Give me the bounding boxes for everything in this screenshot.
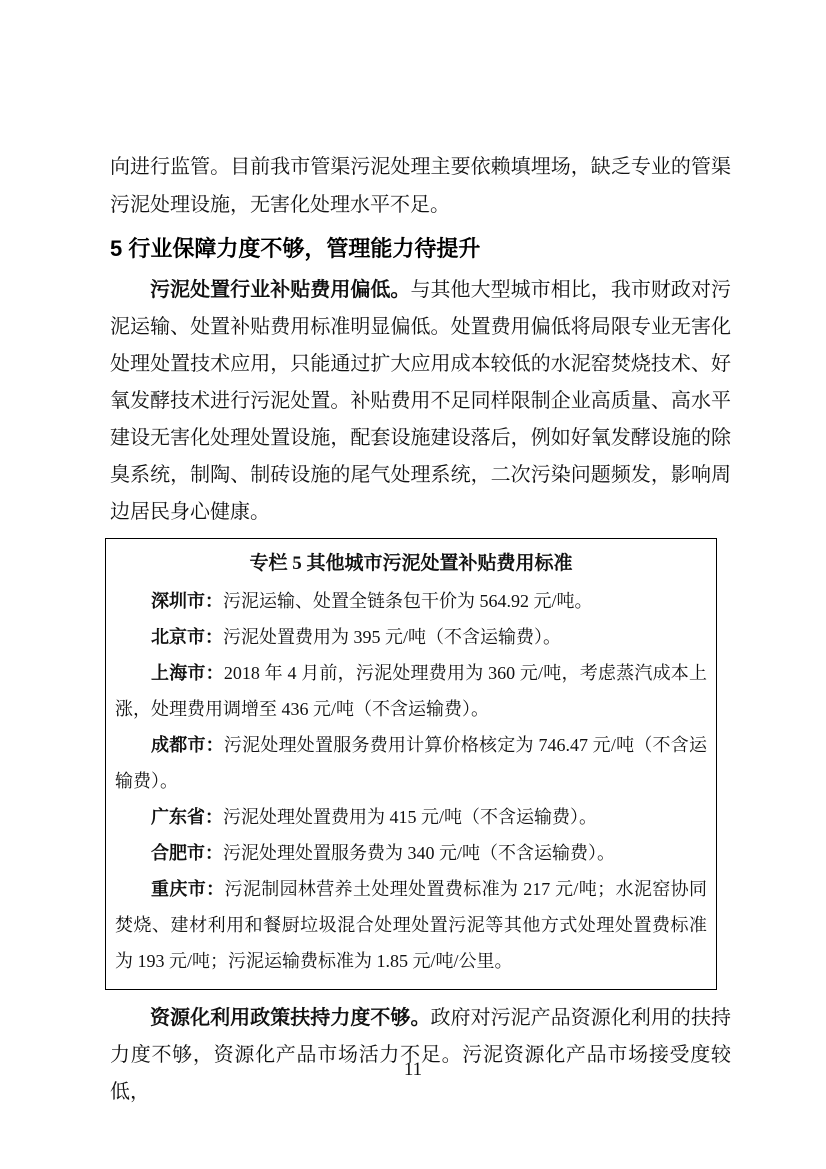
box-item-guangdong-city: 广东省： <box>151 807 223 827</box>
paragraph-subsidy: 污泥处置行业补贴费用偏低。与其他大型城市相比，我市财政对污泥运输、处置补贴费用标… <box>110 272 731 531</box>
page-number: 11 <box>0 1058 826 1082</box>
box-item-beijing-city: 北京市： <box>151 627 223 647</box>
section-heading: 5 行业保障力度不够，管理能力待提升 <box>110 234 731 264</box>
paragraph-resource: 资源化利用政策扶持力度不够。政府对污泥产品资源化利用的扶持力度不够，资源化产品市… <box>110 1000 731 1111</box>
box-item-hefei-text: 污泥处理处置服务费为 340 元/吨（不含运输费）。 <box>223 843 615 863</box>
paragraph-resource-lead: 资源化利用政策扶持力度不够。 <box>150 1007 431 1029</box>
box-item-beijing-text: 污泥处置费用为 395 元/吨（不含运输费）。 <box>223 627 561 647</box>
box-item-chongqing-city: 重庆市： <box>151 879 224 899</box>
box-item-beijing: 北京市：污泥处置费用为 395 元/吨（不含运输费）。 <box>115 619 707 655</box>
box-item-shanghai-city: 上海市： <box>151 663 224 683</box>
box-item-shenzhen-text: 污泥运输、处置全链条包干价为 564.92 元/吨。 <box>223 591 593 611</box>
paragraph-subsidy-lead: 污泥处置行业补贴费用偏低。 <box>150 279 410 301</box>
paragraph-subsidy-body: 与其他大型城市相比，我市财政对污泥运输、处置补贴费用标准明显偏低。处置费用偏低将… <box>110 279 731 523</box>
box-item-chengdu: 成都市：污泥处理处置服务费用计算价格核定为 746.47 元/吨（不含运输费）。 <box>115 727 707 799</box>
paragraph-continuation: 向进行监管。目前我市管渠污泥处理主要依赖填埋场，缺乏专业的管渠污泥处理设施，无害… <box>110 148 731 224</box>
box-item-shenzhen-city: 深圳市： <box>151 591 223 611</box>
box-item-chongqing: 重庆市：污泥制园林营养土处理处置费标准为 217 元/吨；水泥窑协同焚烧、建材利… <box>115 871 707 979</box>
box-item-guangdong: 广东省：污泥处理处置费用为 415 元/吨（不含运输费）。 <box>115 799 707 835</box>
box-item-hefei: 合肥市：污泥处理处置服务费为 340 元/吨（不含运输费）。 <box>115 835 707 871</box>
callout-box-title: 专栏 5 其他城市污泥处置补贴费用标准 <box>115 545 707 583</box>
box-item-guangdong-text: 污泥处理处置费用为 415 元/吨（不含运输费）。 <box>223 807 597 827</box>
box-item-chengdu-city: 成都市： <box>151 735 224 755</box>
box-item-hefei-city: 合肥市： <box>151 843 223 863</box>
box-item-shenzhen: 深圳市：污泥运输、处置全链条包干价为 564.92 元/吨。 <box>115 583 707 619</box>
document-page: 向进行监管。目前我市管渠污泥处理主要依赖填埋场，缺乏专业的管渠污泥处理设施，无害… <box>0 0 826 1169</box>
callout-box: 专栏 5 其他城市污泥处置补贴费用标准 深圳市：污泥运输、处置全链条包干价为 5… <box>105 538 717 990</box>
box-item-shanghai: 上海市：2018 年 4 月前，污泥处理费用为 360 元/吨，考虑蒸汽成本上涨… <box>115 655 707 727</box>
